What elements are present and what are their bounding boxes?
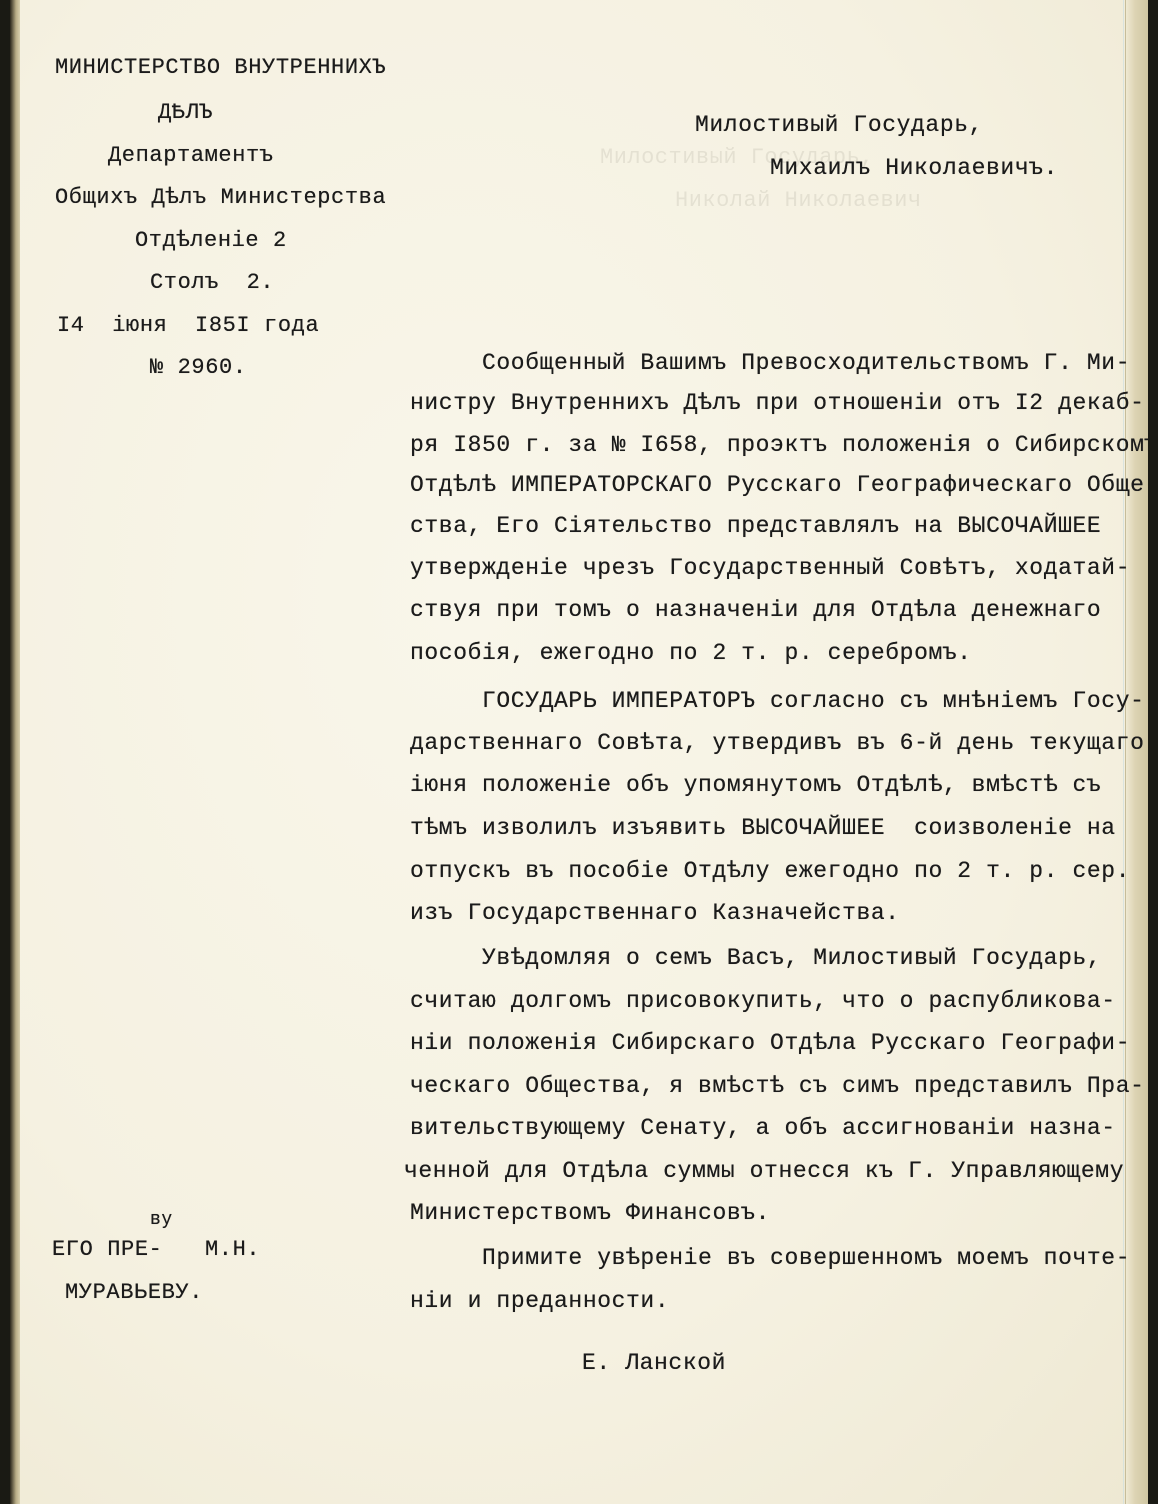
addressee-superscript: ву xyxy=(150,1210,173,1230)
document-number: № 2960. xyxy=(150,355,247,380)
ministry-name-line2: ДѢЛЪ xyxy=(158,100,213,125)
body-line: Увѣдомляя о семъ Васъ, Милостивый Госуда… xyxy=(482,945,1101,971)
bleed-through-text: Николай Николаевич xyxy=(675,188,922,213)
body-line: ствуя при томъ о назначеніи для Отдѣла д… xyxy=(410,597,1101,623)
body-line: ніи положенія Сибирскаго Отдѣла Русскаго… xyxy=(410,1030,1130,1056)
document-date: I4 іюня I85I года xyxy=(57,313,319,338)
body-line: вительствующему Сенату, а объ ассигнован… xyxy=(410,1115,1116,1141)
desk-label: Столъ 2. xyxy=(150,270,274,295)
section-label: Отдѣленіе 2 xyxy=(135,228,287,253)
body-line: Отдѣлѣ ИМПЕРАТОРСКАГО Русскаго Географич… xyxy=(410,472,1148,498)
body-line: ГОСУДАРЬ ИМПЕРАТОРЪ согласно съ мнѣніемъ… xyxy=(482,688,1145,714)
body-line: іюня положеніе объ упомянутомъ Отдѣлѣ, в… xyxy=(410,772,1101,798)
body-line: утвержденіе чрезъ Государственный Совѣтъ… xyxy=(410,555,1130,581)
department-line2: Общихъ Дѣлъ Министерства xyxy=(55,185,386,210)
body-line: ря I850 г. за № I658, проэктъ положенія … xyxy=(410,432,1148,458)
body-line: ства, Его Сіятельство представлялъ на ВЫ… xyxy=(410,513,1101,539)
body-line: ніи и преданности. xyxy=(410,1288,669,1314)
document-page: Милостивый Государь, Николай Николаевич … xyxy=(10,0,1148,1504)
body-line: ческаго Общества, я вмѣстѣ съ симъ предс… xyxy=(410,1073,1145,1099)
body-line: дарственнаго Совѣта, утвердивъ въ 6-й де… xyxy=(410,730,1145,756)
binding-edge xyxy=(10,0,20,1504)
ministry-name-line1: МИНИСТЕРСТВО ВНУТРЕННИХЪ xyxy=(55,55,386,80)
body-line: изъ Государственнаго Казначейства. xyxy=(410,900,900,926)
department-line1: Департаментъ xyxy=(108,143,274,168)
body-line: Сообщенный Вашимъ Превосходительствомъ Г… xyxy=(482,350,1130,376)
salutation-line2: Михаилъ Николаевичъ. xyxy=(770,155,1058,181)
body-line: считаю долгомъ присовокупить, что о расп… xyxy=(410,988,1116,1014)
salutation-line1: Милостивый Государь, xyxy=(695,112,983,138)
body-line: Примите увѣреніе въ совершенномъ моемъ п… xyxy=(482,1245,1130,1271)
body-line: тѣмъ изволилъ изъявить ВЫСОЧАЙШЕЕ соизво… xyxy=(410,815,1116,841)
body-line: нистру Внутреннихъ Дѣлъ при отношеніи от… xyxy=(410,390,1145,416)
addressee-surname: МУРАВЬЕВУ. xyxy=(65,1280,203,1305)
body-line: ченной для Отдѣла суммы отнесся къ Г. Уп… xyxy=(404,1158,1124,1184)
addressee-title: ЕГО ПРЕ- xyxy=(52,1237,162,1262)
addressee-initials: М.Н. xyxy=(205,1237,260,1262)
body-line: пособія, ежегодно по 2 т. р. серебромъ. xyxy=(410,640,972,666)
body-line: отпускъ въ пособіе Отдѣлу ежегодно по 2 … xyxy=(410,858,1130,884)
body-line: Министерствомъ Финансовъ. xyxy=(410,1200,770,1226)
signature: Е. Ланской xyxy=(582,1350,726,1376)
